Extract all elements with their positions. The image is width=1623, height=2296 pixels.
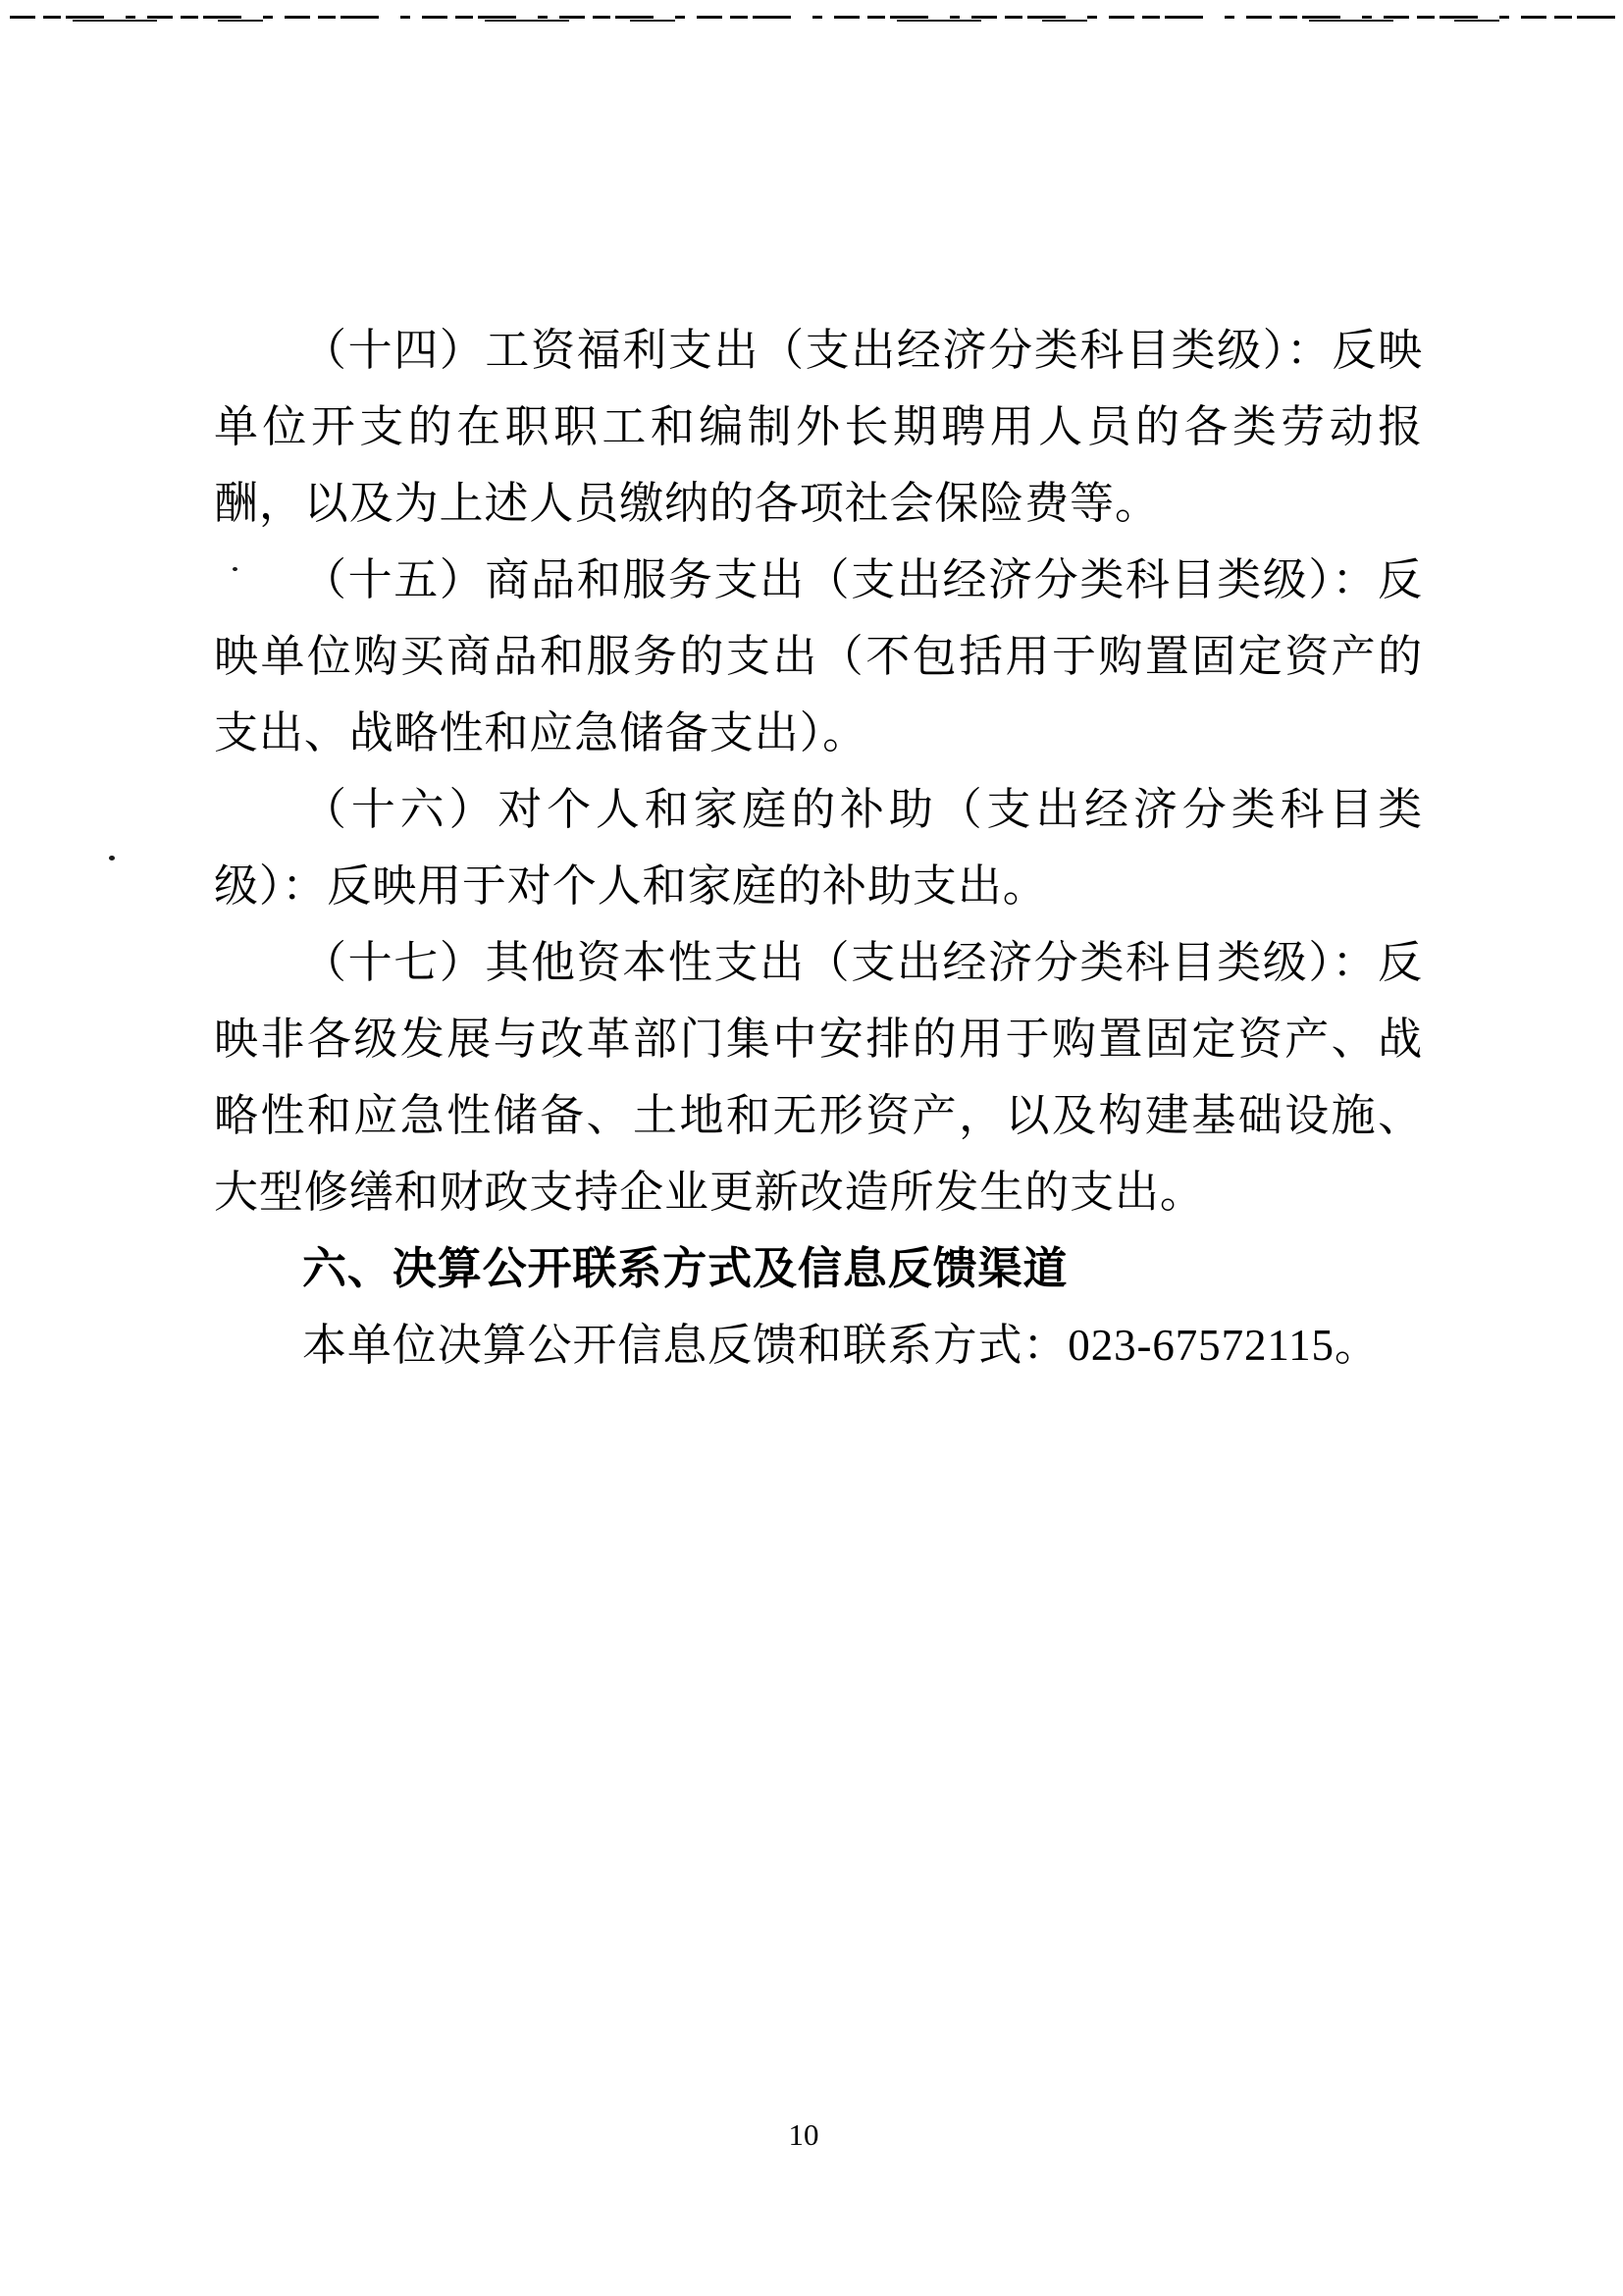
- document-body: （十四）工资福利支出（支出经济分类科目类级）：反映单位开支的在职职工和编制外长期…: [214, 312, 1423, 1383]
- document-page: （十四）工资福利支出（支出经济分类科目类级）：反映单位开支的在职职工和编制外长期…: [0, 0, 1623, 2296]
- scan-speck: [109, 856, 115, 861]
- paragraph-item-16: （十六）对个人和家庭的补助（支出经济分类科目类级）：反映用于对个人和家庭的补助支…: [214, 771, 1423, 924]
- page-number: 10: [789, 2117, 819, 2152]
- paragraph-item-17: （十七）其他资本性支出（支出经济分类科目类级）：反映非各级发展与改革部门集中安排…: [214, 924, 1423, 1230]
- scan-artifact-line: [10, 14, 1617, 24]
- contact-paragraph: 本单位决算公开信息反馈和联系方式：023-67572115。: [214, 1307, 1423, 1383]
- paragraph-item-14: （十四）工资福利支出（支出经济分类科目类级）：反映单位开支的在职职工和编制外长期…: [214, 312, 1423, 542]
- section-heading: 六、决算公开联系方式及信息反馈渠道: [214, 1230, 1423, 1307]
- page-footer: 10: [0, 2117, 1607, 2153]
- paragraph-item-15: （十五）商品和服务支出（支出经济分类科目类级）：反映单位购买商品和服务的支出（不…: [214, 542, 1423, 771]
